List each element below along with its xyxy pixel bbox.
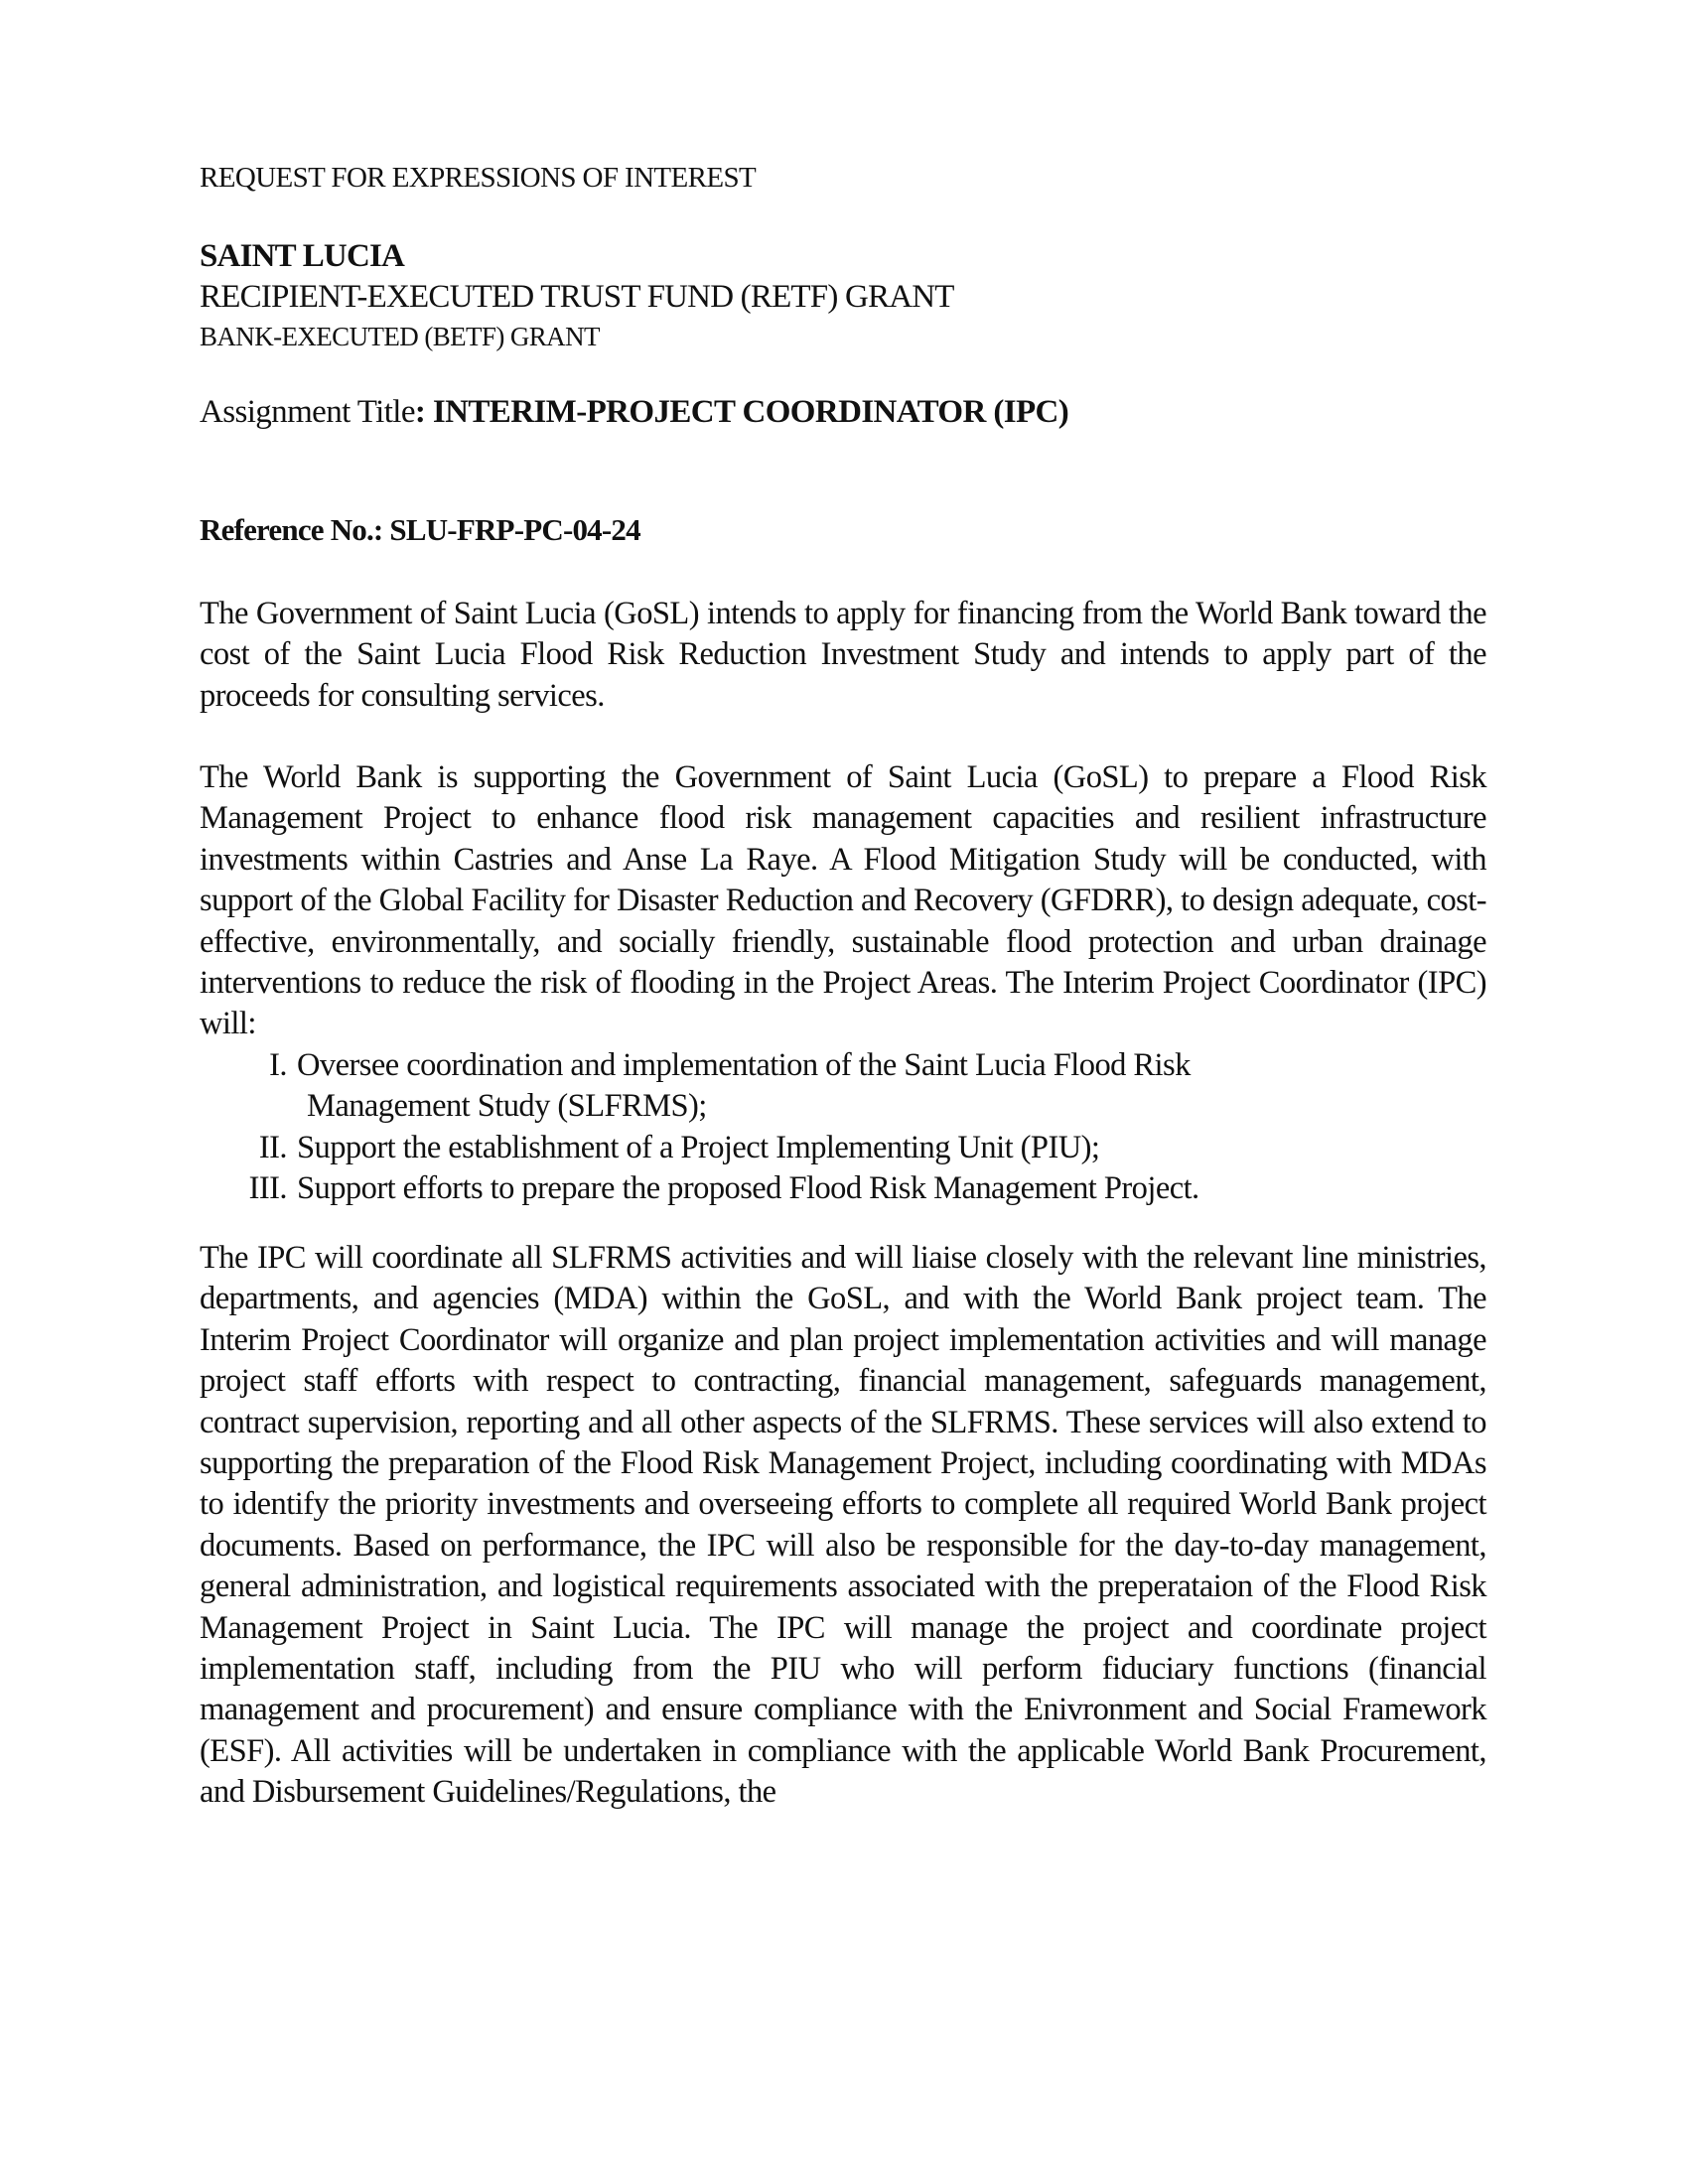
list-item-text: Support efforts to prepare the proposed … <box>297 1170 1199 1206</box>
reference-number: Reference No.: SLU-FRP-PC-04-24 <box>200 512 640 548</box>
assignment-value: INTERIM-PROJECT COORDINATOR (IPC) <box>425 394 1068 430</box>
ipc-duties-list: I. Oversee coordination and implementati… <box>200 1045 1486 1210</box>
list-item-number: III. <box>200 1168 287 1209</box>
assignment-title: Assignment Title: INTERIM-PROJECT COORDI… <box>200 394 1068 431</box>
list-item: II. Support the establishment of a Proje… <box>200 1128 1486 1168</box>
assignment-colon: : <box>415 394 425 430</box>
list-item-text: Oversee coordination and implementation … <box>297 1047 1191 1083</box>
grant-type-retf: RECIPIENT-EXECUTED TRUST FUND (RETF) GRA… <box>200 279 954 316</box>
country-heading: SAINT LUCIA <box>200 238 404 275</box>
list-item-text-continued: Management Study (SLFRMS); <box>297 1086 1486 1127</box>
paragraph-financing: The Government of Saint Lucia (GoSL) int… <box>200 594 1486 717</box>
assignment-label: Assignment Title <box>200 394 415 430</box>
list-item: III. Support efforts to prepare the prop… <box>200 1168 1486 1209</box>
grant-type-betf: BANK-EXECUTED (BETF) GRANT <box>200 322 600 352</box>
list-item: I. Oversee coordination and implementati… <box>200 1045 1486 1128</box>
paragraph-ipc-responsibilities: The IPC will coordinate all SLFRMS activ… <box>200 1238 1486 1814</box>
list-item-number: II. <box>200 1128 287 1168</box>
paragraph-project-background: The World Bank is supporting the Governm… <box>200 757 1486 1045</box>
document-header: REQUEST FOR EXPRESSIONS OF INTEREST <box>200 162 756 195</box>
list-item-text: Support the establishment of a Project I… <box>297 1130 1099 1165</box>
list-item-number: I. <box>200 1045 287 1086</box>
